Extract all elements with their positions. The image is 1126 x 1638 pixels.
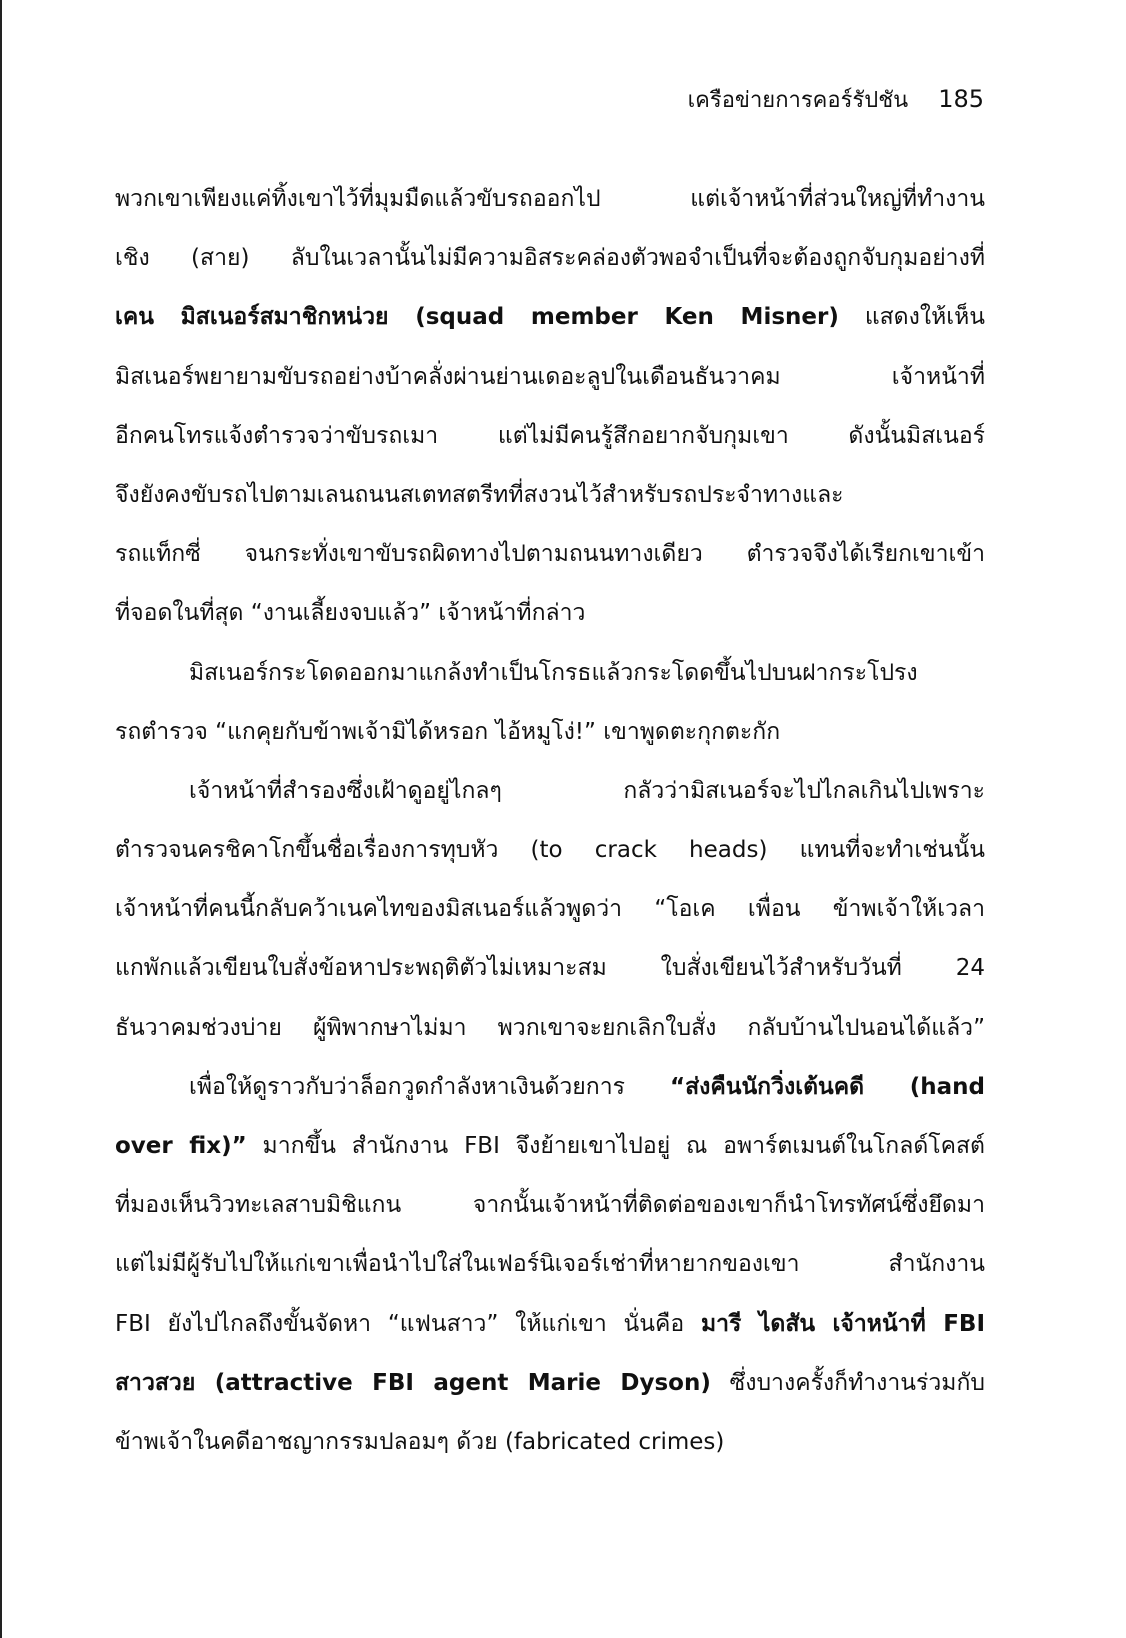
plain-text: ข้าพเจ้าในคดีอาชญากรรมปลอมๆ ด้วย (fabric… (115, 1429, 724, 1455)
plain-text: เพื่อให้ดูราวกับว่าล็อกวูดกำลังหาเงินด้ว… (189, 1074, 670, 1100)
plain-text: จึงยังคงขับรถไปตามเลนถนนสเตทสตรีทที่สงวน… (115, 482, 844, 508)
plain-text: รถตำรวจ “แกคุยกับข้าพเจ้ามิได้หรอก ไอ้หม… (115, 719, 780, 745)
text-line: มิสเนอร์พยายามขับรถอย่างบ้าคลั่งผ่านย่าน… (115, 348, 985, 407)
text-line: เชิง (สาย) ลับในเวลานั้นไม่มีความอิสระคล… (115, 229, 985, 288)
plain-text: FBI ยังไปไกลถึงขั้นจัดหา “แฟนสาว” ให้แก่… (115, 1311, 701, 1337)
book-page: เครือข่ายการคอร์รัปชัน 185 พวกเขาเพียงแค… (0, 0, 1126, 1638)
plain-text: ซึ่งบางครั้งก็ทำงานร่วมกับ (711, 1370, 985, 1396)
text-line: รถตำรวจ “แกคุยกับข้าพเจ้ามิได้หรอก ไอ้หม… (115, 703, 985, 762)
plain-text: มิสเนอร์กระโดดออกมาแกล้งทำเป็นโกรธแล้วกร… (189, 660, 918, 686)
text-line: ข้าพเจ้าในคดีอาชญากรรมปลอมๆ ด้วย (fabric… (115, 1413, 985, 1472)
plain-text: พวกเขาเพียงแค่ทิ้งเขาไว้ที่มุมมืดแล้วขับ… (115, 186, 985, 212)
bold-text: เคน มิสเนอร์สมาชิกหน่วย (squad member Ke… (115, 304, 839, 330)
plain-text: ธันวาคมช่วงบ่าย ผู้พิพากษาไม่มา พวกเขาจะ… (115, 1015, 985, 1041)
text-line: อีกคนโทรแจ้งตำรวจว่าขับรถเมา แต่ไม่มีคนร… (115, 407, 985, 466)
plain-text: แต่ไม่มีผู้รับไปให้แก่เขาเพื่อนำไปใส่ในเ… (115, 1251, 985, 1277)
text-line: เจ้าหน้าที่สำรองซึ่งเฝ้าดูอยู่ไกลๆ กลัวว… (115, 762, 985, 821)
plain-text: เชิง (สาย) ลับในเวลานั้นไม่มีความอิสระคล… (115, 245, 985, 271)
text-line: ที่จอดในที่สุด “งานเลี้ยงจบแล้ว” เจ้าหน้… (115, 584, 985, 643)
bold-text: over fix)” (115, 1133, 247, 1159)
bold-text: สาวสวย (attractive FBI agent Marie Dyson… (115, 1370, 711, 1396)
text-line: เพื่อให้ดูราวกับว่าล็อกวูดกำลังหาเงินด้ว… (115, 1058, 985, 1117)
plain-text: รถแท็กซี่ จนกระทั่งเขาขับรถผิดทางไปตามถน… (115, 541, 985, 567)
body-text: พวกเขาเพียงแค่ทิ้งเขาไว้ที่มุมมืดแล้วขับ… (115, 170, 985, 1472)
running-title: เครือข่ายการคอร์รัปชัน (688, 82, 909, 117)
plain-text: ที่มองเห็นวิวทะเลสาบมิชิแกน จากนั้นเจ้าห… (115, 1192, 985, 1218)
text-line: ที่มองเห็นวิวทะเลสาบมิชิแกน จากนั้นเจ้าห… (115, 1176, 985, 1235)
text-line: มิสเนอร์กระโดดออกมาแกล้งทำเป็นโกรธแล้วกร… (115, 644, 985, 703)
text-line: รถแท็กซี่ จนกระทั่งเขาขับรถผิดทางไปตามถน… (115, 525, 985, 584)
text-line: จึงยังคงขับรถไปตามเลนถนนสเตทสตรีทที่สงวน… (115, 466, 985, 525)
plain-text: มากขึ้น สำนักงาน FBI จึงย้ายเขาไปอยู่ ณ … (247, 1133, 985, 1159)
text-line: สาวสวย (attractive FBI agent Marie Dyson… (115, 1354, 985, 1413)
text-line: เจ้าหน้าที่คนนี้กลับคว้าเนคไทของมิสเนอร์… (115, 880, 985, 939)
text-line: ธันวาคมช่วงบ่าย ผู้พิพากษาไม่มา พวกเขาจะ… (115, 999, 985, 1058)
plain-text: ตำรวจนครชิคาโกขึ้นชื่อเรื่องการทุบหัว (t… (115, 837, 985, 863)
bold-text: “ส่งคืนนักวิ่งเต้นคดี (hand (670, 1074, 985, 1100)
text-line: เคน มิสเนอร์สมาชิกหน่วย (squad member Ke… (115, 288, 985, 347)
bold-text: มารี ไดสัน เจ้าหน้าที่ FBI (701, 1311, 985, 1337)
plain-text: เจ้าหน้าที่คนนี้กลับคว้าเนคไทของมิสเนอร์… (115, 896, 985, 922)
text-line: พวกเขาเพียงแค่ทิ้งเขาไว้ที่มุมมืดแล้วขับ… (115, 170, 985, 229)
text-line: over fix)” มากขึ้น สำนักงาน FBI จึงย้ายเ… (115, 1117, 985, 1176)
plain-text: แสดงให้เห็น (839, 304, 985, 330)
text-line: FBI ยังไปไกลถึงขั้นจัดหา “แฟนสาว” ให้แก่… (115, 1295, 985, 1354)
plain-text: แกพักแล้วเขียนใบสั่งข้อหาประพฤติตัวไม่เห… (115, 955, 985, 981)
plain-text: มิสเนอร์พยายามขับรถอย่างบ้าคลั่งผ่านย่าน… (115, 364, 985, 390)
plain-text: อีกคนโทรแจ้งตำรวจว่าขับรถเมา แต่ไม่มีคนร… (115, 423, 985, 449)
plain-text: เจ้าหน้าที่สำรองซึ่งเฝ้าดูอยู่ไกลๆ กลัวว… (189, 778, 985, 804)
text-line: แกพักแล้วเขียนใบสั่งข้อหาประพฤติตัวไม่เห… (115, 939, 985, 998)
text-line: ตำรวจนครชิคาโกขึ้นชื่อเรื่องการทุบหัว (t… (115, 821, 985, 880)
page-number: 185 (938, 85, 984, 113)
plain-text: ที่จอดในที่สุด “งานเลี้ยงจบแล้ว” เจ้าหน้… (115, 600, 585, 626)
text-line: แต่ไม่มีผู้รับไปให้แก่เขาเพื่อนำไปใส่ในเ… (115, 1235, 985, 1294)
running-header: เครือข่ายการคอร์รัปชัน 185 (688, 82, 984, 117)
